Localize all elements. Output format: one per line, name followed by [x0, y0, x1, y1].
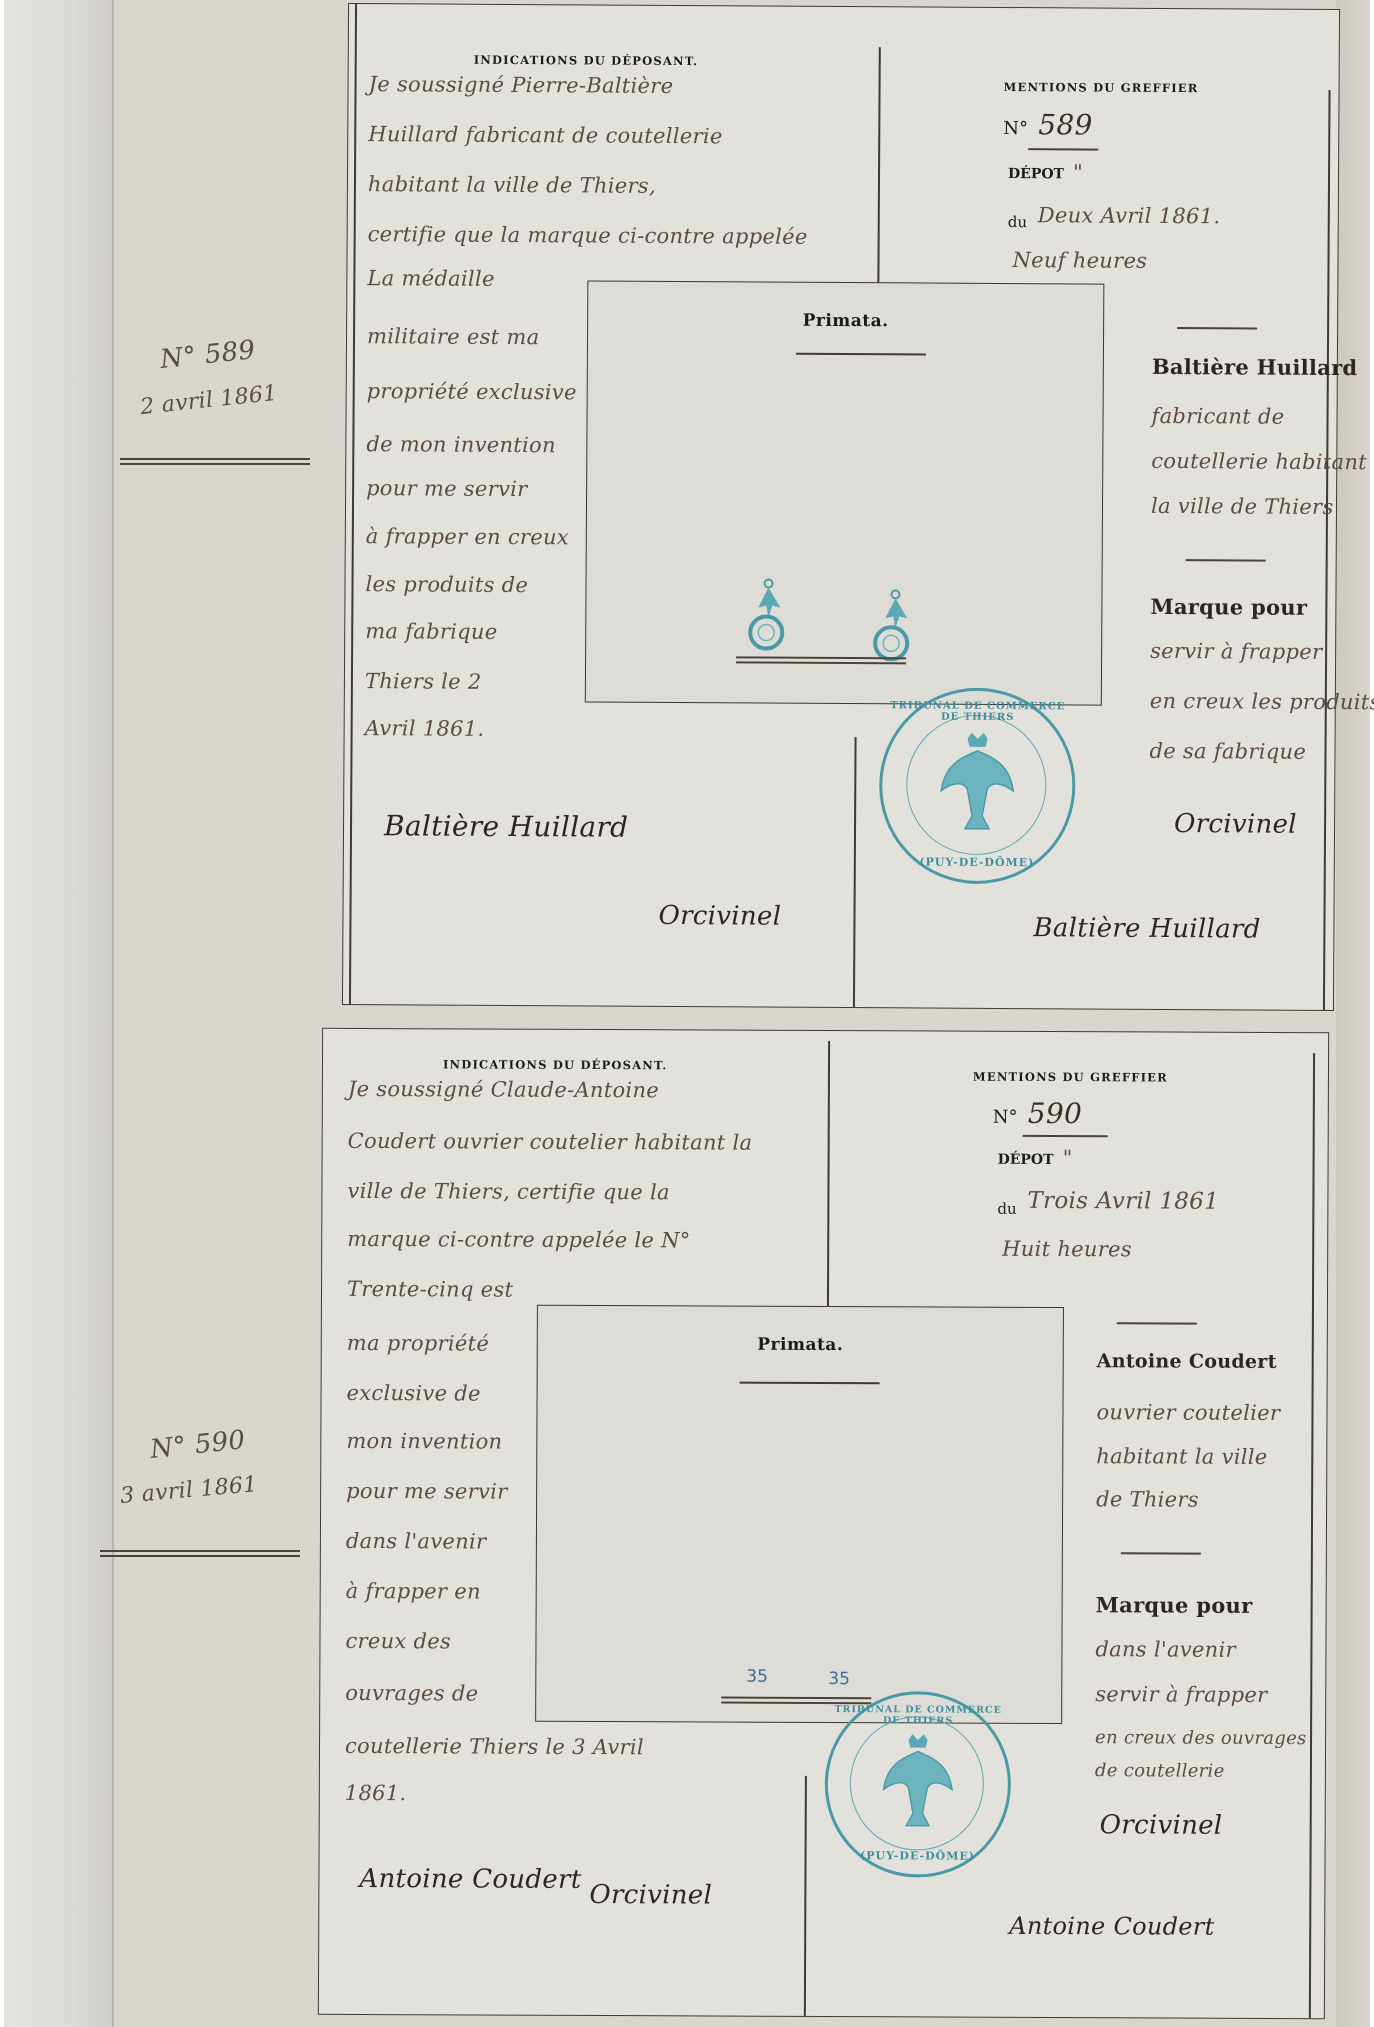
column-divider: [827, 1041, 830, 1311]
clerk-note: Baltière Huillard: [1152, 354, 1358, 380]
deposit-time: Huit heures: [1002, 1237, 1132, 1262]
note-rule: [1121, 1552, 1201, 1554]
deposit-date: Deux Avril 1861.: [1038, 203, 1221, 228]
mark-impression: 35: [746, 1667, 768, 1687]
deposit-mark: ": [1073, 160, 1083, 184]
number-label: N°: [993, 1107, 1018, 1128]
clerk-note: servir à frapper: [1095, 1682, 1267, 1707]
mark-box: Primata. 35 35: [535, 1305, 1064, 1724]
margin-rule: [100, 1550, 300, 1552]
depositor-line: propriété exclusive: [367, 379, 577, 404]
clerk-note: de Thiers: [1096, 1487, 1199, 1511]
depositor-line: ma fabrique: [365, 619, 497, 644]
clerk-note: de coutellerie: [1095, 1760, 1225, 1782]
clerk-note: fabricant de: [1151, 404, 1284, 429]
title-rule: [796, 353, 926, 355]
depositor-line: pour me servir: [366, 476, 528, 501]
depositor-line: à frapper en creux: [366, 524, 569, 549]
clerk-note: la ville de Thiers: [1151, 494, 1334, 519]
clerk-note: en creux des ouvrages: [1095, 1727, 1307, 1749]
column-divider: [804, 1776, 807, 2016]
mark-rule: [736, 661, 906, 664]
clerk-signature-right: Orcivinel: [1174, 809, 1297, 840]
date-label: du: [997, 1200, 1016, 1218]
margin-rule: [100, 1555, 300, 1557]
depositor-line: ouvrages de: [345, 1681, 478, 1706]
right-rule: [1323, 90, 1330, 1010]
date-label: du: [1008, 213, 1027, 231]
depositor-line: La médaille: [367, 266, 494, 291]
clerk-note: Antoine Coudert: [1097, 1350, 1277, 1373]
depositor-line: exclusive de: [347, 1381, 481, 1406]
depositor-line: coutellerie Thiers le 3 Avril: [345, 1734, 644, 1759]
seal-top-text: TRIBUNAL DE COMMERCE DE THIERS: [883, 700, 1073, 723]
depositor-header: INDICATIONS DU DÉPOSANT.: [474, 53, 699, 68]
depositor-line: ma propriété: [347, 1331, 489, 1356]
mark-impression: 35: [828, 1669, 850, 1689]
note-rule: [1177, 327, 1257, 329]
depositor-line: marque ci-contre appelée le N°: [347, 1227, 691, 1252]
eagle-medal-stamp-icon: [746, 577, 786, 657]
depositor-line: habitant la ville de Thiers,: [368, 172, 656, 198]
depositor-line: mon invention: [346, 1429, 502, 1454]
depositor-line: Avril 1861.: [365, 716, 485, 741]
clerk-note: servir à frapper: [1150, 639, 1322, 664]
depositor-line: de mon invention: [366, 432, 556, 457]
depositor-signature: Baltière Huillard: [384, 809, 628, 843]
deposit-number: 589: [1038, 108, 1093, 141]
seal-bottom-text: (PUY-DE-DÔME): [882, 855, 1072, 869]
clerk-header: MENTIONS DU GREFFIER: [973, 1070, 1168, 1085]
binding-edge: [4, 0, 114, 2027]
depositor-header: INDICATIONS DU DÉPOSANT.: [443, 1057, 668, 1072]
right-rule: [1309, 1053, 1315, 2018]
clerk-note: dans l'avenir: [1095, 1637, 1236, 1662]
deposit-form-589: INDICATIONS DU DÉPOSANT. MENTIONS DU GRE…: [342, 3, 1340, 1011]
seal-top-text: TRIBUNAL DE COMMERCE DE THIERS: [828, 1704, 1008, 1727]
depositor-line: dans l'avenir: [346, 1529, 487, 1554]
depositor-line: certifie que la marque ci-contre appelée: [368, 222, 808, 249]
depositor-line: à frapper en: [346, 1579, 481, 1604]
mark-box-title: Primata.: [538, 1334, 1063, 1356]
deposit-number: 590: [1028, 1097, 1082, 1130]
depositor-line: les produits de: [365, 572, 528, 597]
depositor-line: Je soussigné Pierre-Baltière: [369, 72, 674, 98]
margin-rule: [120, 463, 310, 465]
clerk-note: coutellerie habitant: [1151, 449, 1367, 474]
tribunal-seal: TRIBUNAL DE COMMERCE DE THIERS (PUY-DE-D…: [879, 687, 1076, 884]
depositor-line: pour me servir: [346, 1479, 508, 1504]
clerk-note: de sa fabrique: [1149, 739, 1306, 764]
depositor-line: Trente-cinq est: [347, 1277, 513, 1302]
number-label: N°: [1003, 118, 1028, 139]
depositor-line: Huillard fabricant de coutellerie: [368, 122, 722, 148]
clerk-header: MENTIONS DU GREFFIER: [1004, 80, 1199, 95]
depositor-line: Coudert ouvrier coutelier habitant la: [348, 1129, 753, 1155]
depositor-signature-right: Antoine Coudert: [1009, 1912, 1214, 1941]
deposit-form-590: INDICATIONS DU DÉPOSANT. MENTIONS DU GRE…: [318, 1028, 1329, 2019]
eagle-crown-icon: [937, 731, 1018, 840]
depositor-line: creux des: [345, 1629, 451, 1653]
mark-box-title: Primata.: [588, 309, 1103, 332]
number-rule: [1028, 148, 1098, 150]
clerk-signature: Orcivinel: [589, 1880, 712, 1911]
mark-box: Primata.: [585, 280, 1105, 705]
clerk-note: habitant la ville: [1096, 1444, 1267, 1469]
mark-rule: [736, 656, 906, 659]
tribunal-seal: TRIBUNAL DE COMMERCE DE THIERS (PUY-DE-D…: [824, 1691, 1011, 1878]
double-rule: [349, 4, 357, 1004]
deposit-date: Trois Avril 1861: [1027, 1188, 1219, 1215]
depositor-line: ville de Thiers, certifie que la: [347, 1179, 669, 1204]
number-rule: [1023, 1135, 1108, 1137]
column-divider: [877, 47, 880, 287]
depositor-signature-right: Baltière Huillard: [1033, 913, 1260, 944]
mark-rule: [721, 1697, 871, 1699]
depositor-signature: Antoine Coudert: [359, 1864, 581, 1895]
depositor-line: militaire est ma: [367, 324, 540, 349]
depositor-line: Je soussigné Claude-Antoine: [348, 1077, 659, 1102]
clerk-note: Marque pour: [1096, 1592, 1253, 1618]
deposit-mark: ": [1063, 1146, 1073, 1170]
margin-rule: [120, 458, 310, 460]
deposit-time: Neuf heures: [1012, 248, 1147, 273]
deposit-label: DÉPOT: [998, 1152, 1054, 1168]
clerk-signature-right: Orcivinel: [1100, 1810, 1223, 1841]
clerk-signature: Orcivinel: [658, 901, 781, 932]
right-page-edge: [1336, 0, 1370, 2027]
clerk-note: ouvrier coutelier: [1096, 1400, 1280, 1425]
column-divider: [853, 737, 856, 1007]
clerk-note: en creux les produits: [1150, 689, 1374, 714]
seal-bottom-text: (PUY-DE-DÔME): [828, 1849, 1008, 1863]
depositor-line: Thiers le 2: [365, 669, 482, 694]
clerk-note: Marque pour: [1150, 594, 1307, 620]
note-rule: [1117, 1322, 1197, 1324]
eagle-crown-icon: [878, 1732, 958, 1836]
note-rule: [1186, 559, 1266, 561]
depositor-line: 1861.: [345, 1781, 407, 1805]
deposit-label: DÉPOT: [1008, 166, 1064, 182]
title-rule: [740, 1382, 880, 1384]
